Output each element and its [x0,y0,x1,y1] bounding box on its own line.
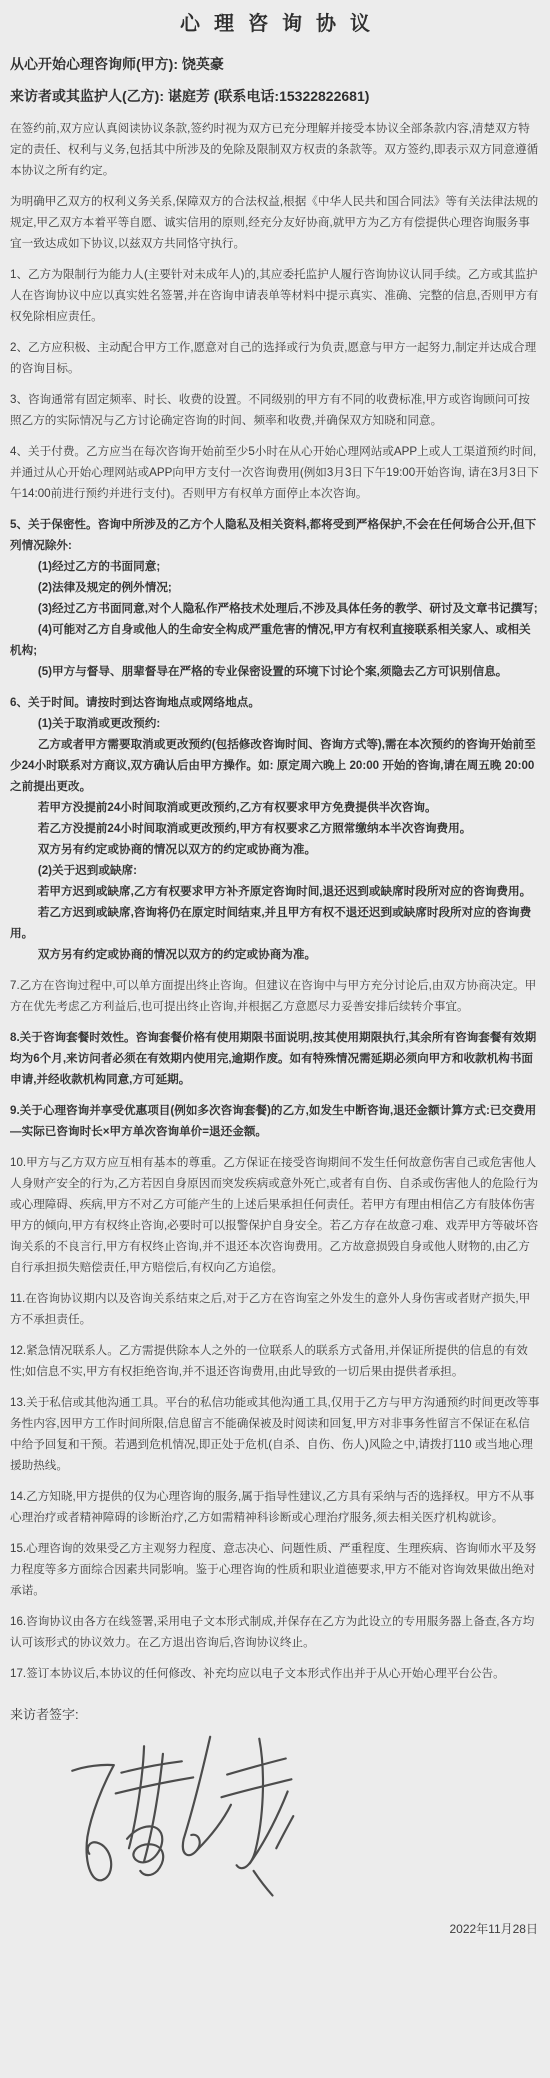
agreement-paragraph: 为明确甲乙双方的权利义务关系,保障双方的合法权益,根据《中华人民共和国合同法》等… [10,191,540,254]
visitor-party-line: 来访者或其监护人(乙方): 谌庭芳 (联系电话:15322822681) [10,86,540,106]
agreement-paragraph: 5、关于保密性。咨询中所涉及的乙方个人隐私及相关资料,都将受到严格保护,不会在任… [10,514,540,556]
agreement-paragraph: (3)经过乙方书面同意,对个人隐私作严格技术处理后,不涉及具体任务的教学、研讨及… [10,598,540,619]
agreement-paragraph: 若乙方没提前24小时间取消或更改预约,甲方有权要求乙方照常缴纳本半次咨询费用。 [10,818,540,839]
agreement-paragraph: 2、乙方应积极、主动配合甲方工作,愿意对自己的选择或行为负责,愿意与甲方一起努力… [10,337,540,379]
agreement-paragraph: 3、咨询通常有固定频率、时长、收费的设置。不同级别的甲方有不同的收费标准,甲方或… [10,389,540,431]
agreement-paragraph: 双方另有约定或协商的情况以双方的约定或协商为准。 [10,944,540,965]
agreement-paragraph: 12.紧急情况联系人。乙方需提供除本人之外的一位联系人的联系方式备用,并保证所提… [10,1340,540,1382]
agreement-paragraph: 17.签订本协议后,本协议的任何修改、补充均应以电子文本形式作出并于从心开始心理… [10,1663,540,1684]
agreement-paragraph: (2)关于迟到或缺席: [10,860,540,881]
agreement-paragraph: 4、关于付费。乙方应当在每次咨询开始前至少5小时在从心开始心理网站或APP上或人… [10,441,540,504]
visitor-signature-label: 来访者签字: [10,1704,540,1725]
visitor-signature [54,1733,540,1903]
signature-date: 2022年11月28日 [10,1919,538,1940]
agreement-paragraph: 9.关于心理咨询并享受优惠项目(例如多次咨询套餐)的乙方,如发生中断咨询,退还金… [10,1100,540,1142]
agreement-document: 心理咨询协议 从心开始心理咨询师(甲方): 饶英豪 来访者或其监护人(乙方): … [0,0,550,2008]
counselor-party-line: 从心开始心理咨询师(甲方): 饶英豪 [10,54,540,74]
agreement-paragraph: 若甲方没提前24小时间取消或更改预约,乙方有权要求甲方免费提供半次咨询。 [10,797,540,818]
agreement-paragraph: 15.心理咨询的效果受乙方主观努力程度、意志决心、问题性质、严重程度、生理疾病、… [10,1538,540,1601]
agreement-paragraph: 16.咨询协议由各方在线签署,采用电子文本形式制成,并保存在乙方为此设立的专用服… [10,1611,540,1653]
agreement-paragraph: (4)可能对乙方自身或他人的生命安全构成严重危害的情况,甲方有权利直接联系相关家… [10,619,540,661]
agreement-paragraph: 7.乙方在咨询过程中,可以单方面提出终止咨询。但建议在咨询中与甲方充分讨论后,由… [10,975,540,1017]
agreement-paragraph: 11.在咨询协议期内以及咨询关系结束之后,对于乙方在咨询室之外发生的意外人身伤害… [10,1288,540,1330]
page-title: 心理咨询协议 [10,10,540,38]
agreement-paragraph: 若甲方迟到或缺席,乙方有权要求甲方补齐原定咨询时间,退还迟到或缺席时段所对应的咨… [10,881,540,902]
agreement-paragraph: 若乙方迟到或缺席,咨询将仍在原定时间结束,并且甲方有权不退还迟到或缺席时段所对应… [10,902,540,944]
agreement-paragraph: 1、乙方为限制行为能力人(主要针对未成年人)的,其应委托监护人履行咨询协议认同手… [10,264,540,327]
agreement-paragraph: 乙方或者甲方需要取消或更改预约(包括修改咨询时间、咨询方式等),需在本次预约的咨… [10,734,540,797]
agreement-paragraph: 13.关于私信或其他沟通工具。平台的私信功能或其他沟通工具,仅用于乙方与甲方沟通… [10,1392,540,1476]
agreement-paragraph: (2)法律及规定的例外情况; [10,577,540,598]
agreement-paragraph: 在签约前,双方应认真阅读协议条款,签约时视为双方已充分理解并接受本协议全部条款内… [10,118,540,181]
agreement-paragraph: 6、关于时间。请按时到达咨询地点或网络地点。 [10,692,540,713]
agreement-paragraph: 14.乙方知晓,甲方提供的仅为心理咨询的服务,属于指导性建议,乙方具有采纳与否的… [10,1486,540,1528]
agreement-paragraph: 10.甲方与乙方双方应互相有基本的尊重。乙方保证在接受咨询期间不发生任何故意伤害… [10,1152,540,1278]
agreement-paragraphs: 在签约前,双方应认真阅读协议条款,签约时视为双方已充分理解并接受本协议全部条款内… [10,118,540,1684]
agreement-paragraph: (5)甲方与督导、朋辈督导在严格的专业保密设置的环境下讨论个案,须隐去乙方可识别… [10,661,540,682]
agreement-paragraph: (1)关于取消或更改预约: [10,713,540,734]
agreement-paragraph: 8.关于咨询套餐时效性。咨询套餐价格有使用期限书面说明,按其使用期限执行,其余所… [10,1027,540,1090]
agreement-paragraph: (1)经过乙方的书面同意; [10,556,540,577]
agreement-paragraph: 双方另有约定或协商的情况以双方的约定或协商为准。 [10,839,540,860]
handwritten-signature-drawing [54,1733,304,1903]
